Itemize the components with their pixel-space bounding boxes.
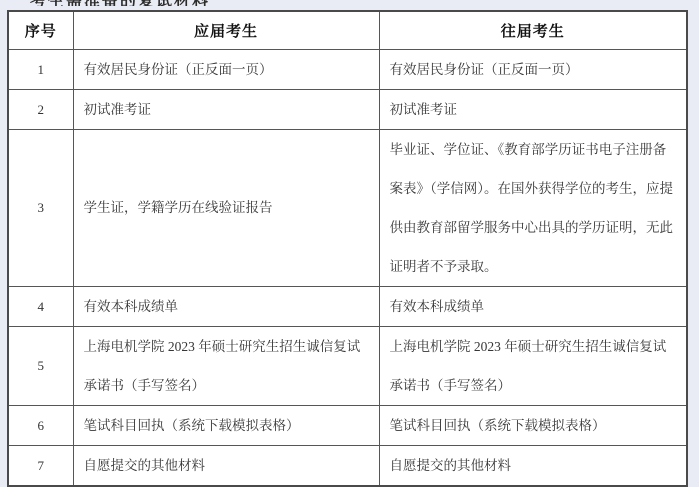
table-row: 1 有效居民身份证（正反面一页） 有效居民身份证（正反面一页） <box>8 49 687 89</box>
header-previous-candidates: 往届考生 <box>379 11 687 49</box>
clipped-top-text: 考生需准备的复试材料 <box>30 0 290 6</box>
table-row: 7 自愿提交的其他材料 自愿提交的其他材料 <box>8 445 687 486</box>
previous-candidate-cell: 自愿提交的其他材料 <box>379 445 687 486</box>
table-row: 4 有效本科成绩单 有效本科成绩单 <box>8 286 687 326</box>
header-current-candidates: 应届考生 <box>73 11 379 49</box>
row-number-cell: 1 <box>8 49 73 89</box>
table-row: 3 学生证，学籍学历在线验证报告 毕业证、学位证、《教育部学历证书电子注册备案表… <box>8 129 687 286</box>
previous-candidate-cell: 笔试科目回执（系统下载模拟表格） <box>379 405 687 445</box>
row-number-cell: 6 <box>8 405 73 445</box>
previous-candidate-cell: 上海电机学院 2023 年硕士研究生招生诚信复试承诺书（手写签名） <box>379 326 687 405</box>
previous-candidate-cell: 有效居民身份证（正反面一页） <box>379 49 687 89</box>
current-candidate-cell: 学生证，学籍学历在线验证报告 <box>73 129 379 286</box>
row-number-cell: 3 <box>8 129 73 286</box>
header-no: 序号 <box>8 11 73 49</box>
previous-candidate-cell: 初试准考证 <box>379 89 687 129</box>
table-row: 5 上海电机学院 2023 年硕士研究生招生诚信复试承诺书（手写签名） 上海电机… <box>8 326 687 405</box>
current-candidate-cell: 有效本科成绩单 <box>73 286 379 326</box>
current-candidate-cell: 有效居民身份证（正反面一页） <box>73 49 379 89</box>
previous-candidate-cell: 毕业证、学位证、《教育部学历证书电子注册备案表》（学信网）。在国外获得学位的考生… <box>379 129 687 286</box>
current-candidate-cell: 上海电机学院 2023 年硕士研究生招生诚信复试承诺书（手写签名） <box>73 326 379 405</box>
table-row: 6 笔试科目回执（系统下载模拟表格） 笔试科目回执（系统下载模拟表格） <box>8 405 687 445</box>
row-number-cell: 5 <box>8 326 73 405</box>
previous-candidate-cell: 有效本科成绩单 <box>379 286 687 326</box>
materials-table: 序号 应届考生 往届考生 1 有效居民身份证（正反面一页） 有效居民身份证（正反… <box>7 10 688 487</box>
current-candidate-cell: 笔试科目回执（系统下载模拟表格） <box>73 405 379 445</box>
row-number-cell: 2 <box>8 89 73 129</box>
row-number-cell: 4 <box>8 286 73 326</box>
current-candidate-cell: 自愿提交的其他材料 <box>73 445 379 486</box>
current-candidate-cell: 初试准考证 <box>73 89 379 129</box>
table-row: 2 初试准考证 初试准考证 <box>8 89 687 129</box>
row-number-cell: 7 <box>8 445 73 486</box>
table-header-row: 序号 应届考生 往届考生 <box>8 11 687 49</box>
